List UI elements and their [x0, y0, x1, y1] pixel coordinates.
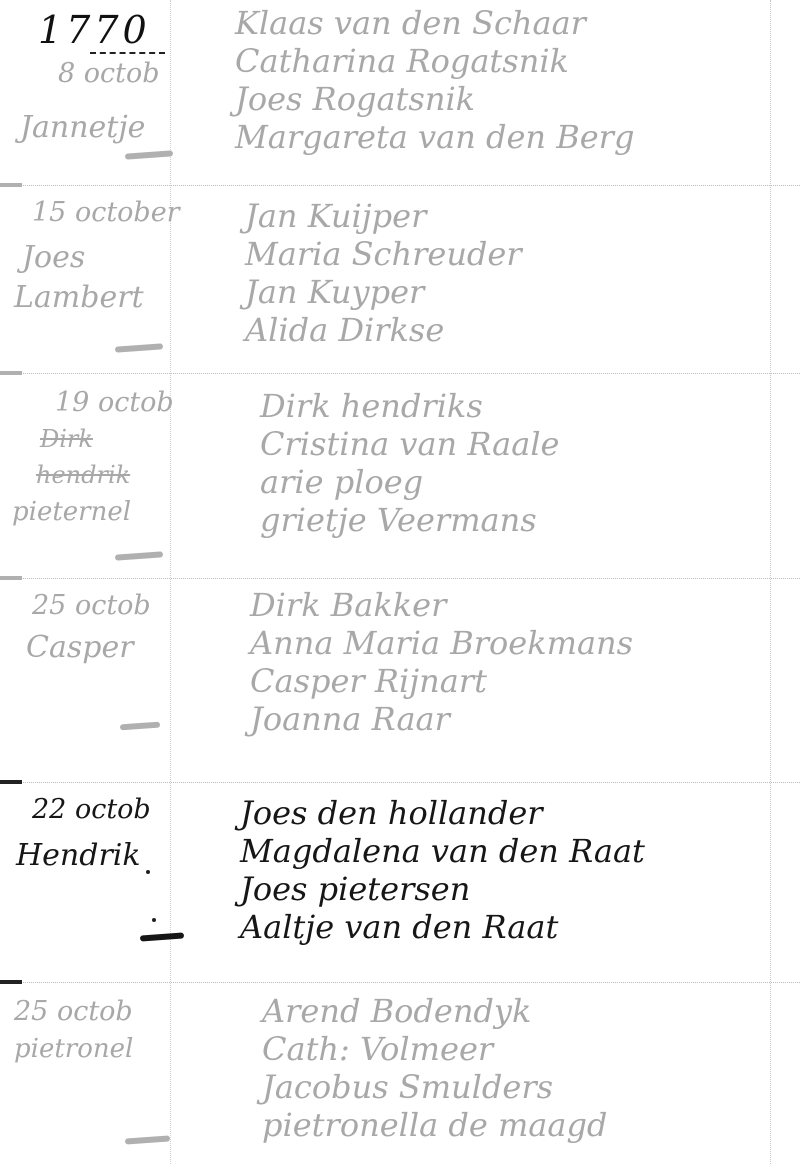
father-name: Dirk hendriks	[260, 387, 559, 425]
mother-name: Cristina van Raale	[260, 425, 559, 463]
witness-names: Joes den hollander Magdalena van den Raa…	[240, 794, 645, 946]
witness-names: Jan Kuijper Maria Schreuder Jan Kuyper A…	[245, 197, 522, 349]
child-name: Joes	[22, 240, 85, 275]
child-name: Casper	[26, 630, 134, 665]
father-name: Dirk Bakker	[250, 586, 633, 624]
entry-date: 8 octob	[58, 58, 160, 89]
column-rule	[170, 0, 171, 1164]
register-page: 1770 8 octob Jannetje Klaas van den Scha…	[0, 0, 800, 1164]
entry-separator	[0, 373, 800, 374]
father-name: Klaas van den Schaar	[235, 4, 634, 42]
father-name: Joes den hollander	[240, 794, 645, 832]
ink-dot	[146, 870, 150, 874]
child-name: pieternel	[12, 497, 131, 527]
entry-dash	[115, 343, 163, 352]
child-name-line2: Lambert	[14, 280, 144, 315]
entry-separator	[0, 185, 800, 186]
godfather-name: Jan Kuyper	[245, 273, 522, 311]
ink-dot	[152, 918, 156, 922]
godmother-name: Joanna Raar	[250, 700, 633, 738]
godmother-name: grietje Veermans	[260, 501, 559, 539]
child-name: Hendrik	[16, 838, 141, 873]
entry-dash	[125, 1135, 170, 1144]
witness-names: Arend Bodendyk Cath: Volmeer Jacobus Smu…	[262, 992, 607, 1144]
entry-dash	[140, 932, 184, 941]
entry-separator	[0, 578, 800, 579]
mother-name: Cath: Volmeer	[262, 1030, 607, 1068]
godmother-name: pietronella de maagd	[262, 1106, 607, 1144]
right-margin-rule	[770, 0, 771, 1164]
godfather-name: Casper Rijnart	[250, 662, 633, 700]
entry-date: 19 octob	[55, 387, 174, 418]
godmother-name: Aaltje van den Raat	[240, 908, 645, 946]
godmother-name: Margareta van den Berg	[235, 118, 634, 156]
struck-name: Dirk	[40, 425, 93, 453]
entry-date: 25 octob	[14, 996, 133, 1027]
godfather-name: Joes Rogatsnik	[235, 80, 634, 118]
child-name: pietronel	[14, 1034, 133, 1064]
entry-date: 25 octob	[32, 590, 151, 621]
godmother-name: Alida Dirkse	[245, 311, 522, 349]
mother-name: Maria Schreuder	[245, 235, 522, 273]
struck-name: hendrik	[36, 461, 130, 489]
witness-names: Klaas van den Schaar Catharina Rogatsnik…	[235, 4, 634, 156]
godfather-name: arie ploeg	[260, 463, 559, 501]
entry-separator	[0, 982, 800, 983]
godfather-name: Joes pietersen	[240, 870, 645, 908]
entry-dash	[115, 551, 163, 560]
entry-separator	[0, 782, 800, 783]
witness-names: Dirk hendriks Cristina van Raale arie pl…	[260, 387, 559, 539]
mother-name: Catharina Rogatsnik	[235, 42, 634, 80]
father-name: Arend Bodendyk	[262, 992, 607, 1030]
godfather-name: Jacobus Smulders	[262, 1068, 607, 1106]
mother-name: Anna Maria Broekmans	[250, 624, 633, 662]
father-name: Jan Kuijper	[245, 197, 522, 235]
entry-date: 15 october	[32, 197, 180, 228]
register-year: 1770	[38, 8, 151, 52]
entry-date: 22 octob	[32, 794, 151, 825]
child-name: Jannetje	[20, 110, 145, 145]
year-underline	[90, 52, 165, 54]
entry-dash	[125, 150, 173, 159]
mother-name: Magdalena van den Raat	[240, 832, 645, 870]
entry-dash	[120, 722, 160, 731]
witness-names: Dirk Bakker Anna Maria Broekmans Casper …	[250, 586, 633, 738]
